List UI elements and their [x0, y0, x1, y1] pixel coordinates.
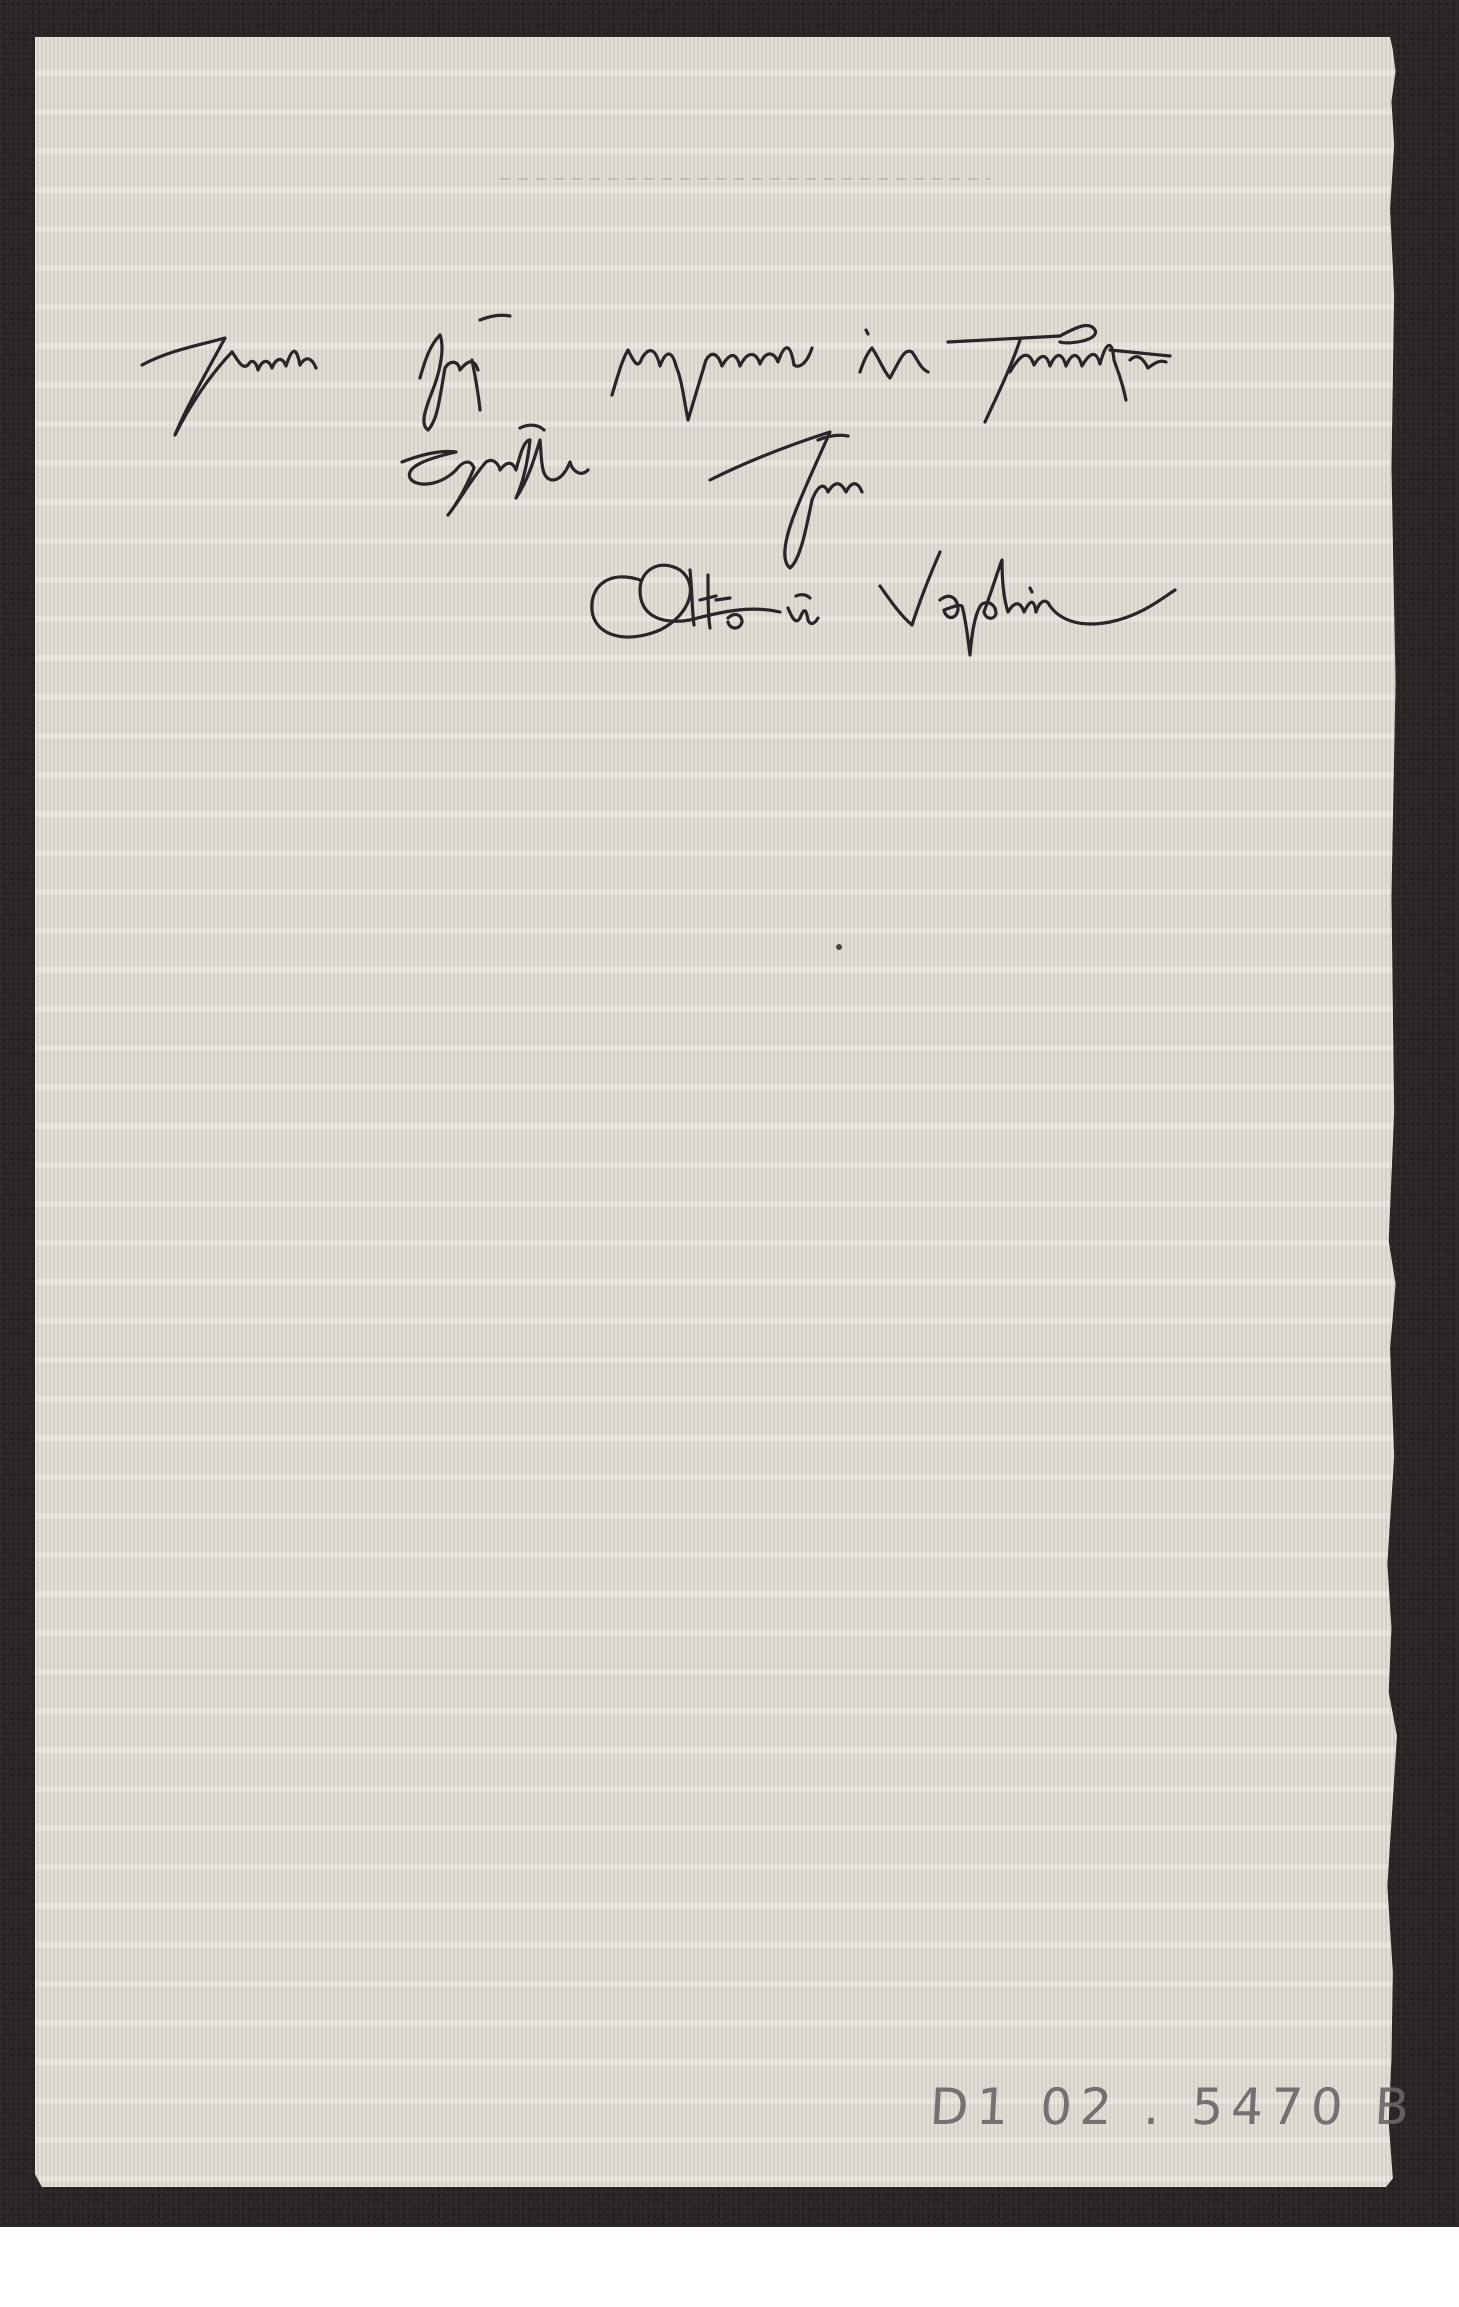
paper-speck	[836, 944, 842, 950]
letter-line-2: Grüße Euer	[390, 440, 890, 550]
archive-catalog-number: D1 02 . 5470 B	[928, 2078, 1418, 2136]
letter-signature: Otto u. Sophie	[590, 540, 1290, 650]
letter-line-1: Senden Euch nochmals ihr Theuersten	[140, 330, 1340, 440]
ink-bleed-through	[500, 178, 990, 180]
